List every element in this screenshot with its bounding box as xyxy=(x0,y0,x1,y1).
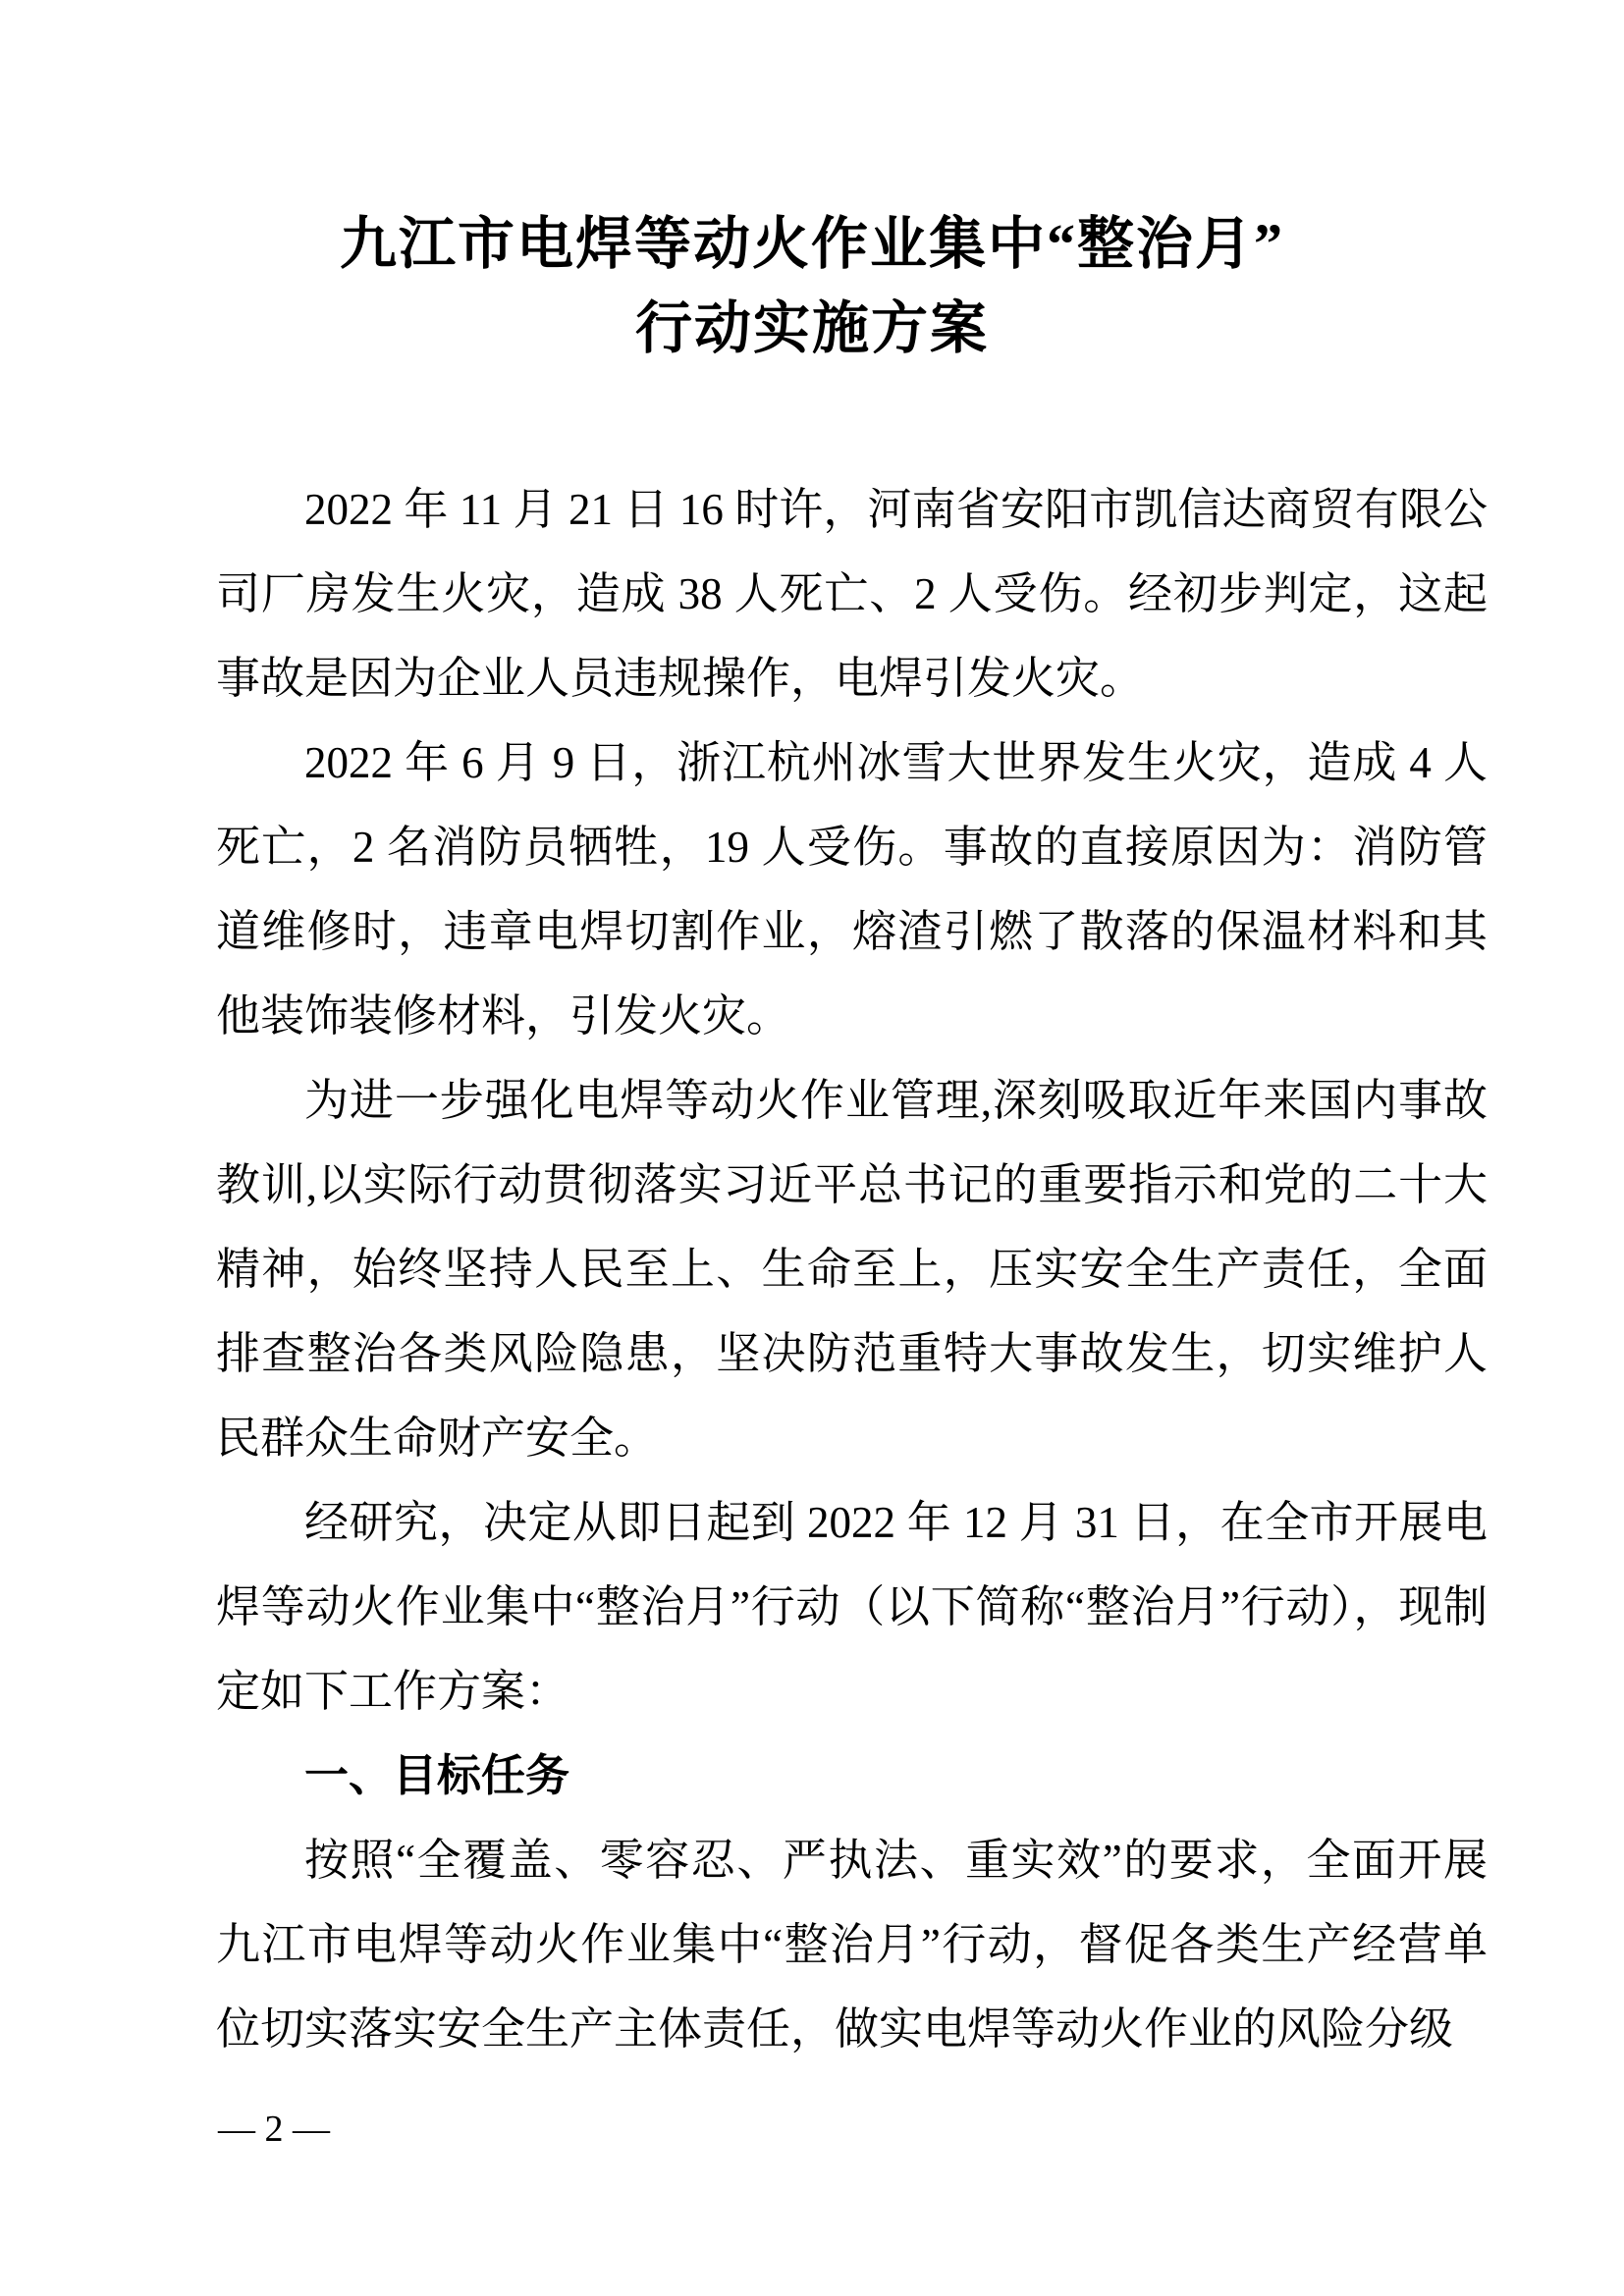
paragraph-goals-tasks-body: 按照“全覆盖、零容忍、严执法、重实效”的要求，全面开展九江市电焊等动火作业集中“… xyxy=(216,1818,1488,2071)
section-heading-goals-tasks: 一、目标任务 xyxy=(216,1734,1488,1818)
page-number: — 2 — xyxy=(218,2107,330,2152)
paragraph-anyang-fire: 2022 年 11 月 21 日 16 时许，河南省安阳市凯信达商贸有限公司厂房… xyxy=(216,467,1488,721)
paragraph-policy-background: 为进一步强化电焊等动火作业管理,深刻吸取近年来国内事故教训,以实际行动贯彻落实习… xyxy=(216,1058,1488,1480)
document-body: 2022 年 11 月 21 日 16 时许，河南省安阳市凯信达商贸有限公司厂房… xyxy=(0,467,1624,2071)
paragraph-campaign-decision: 经研究，决定从即日起到 2022 年 12 月 31 日，在全市开展电焊等动火作… xyxy=(216,1480,1488,1734)
document-title-line2: 行动实施方案 xyxy=(0,287,1624,371)
document-page: 九江市电焊等动火作业集中“整治月” 行动实施方案 2022 年 11 月 21 … xyxy=(0,0,1624,2296)
document-title-line1: 九江市电焊等动火作业集中“整治月” xyxy=(0,202,1624,287)
paragraph-hangzhou-fire: 2022 年 6 月 9 日，浙江杭州冰雪大世界发生火灾，造成 4 人死亡，2 … xyxy=(216,721,1488,1058)
document-title: 九江市电焊等动火作业集中“整治月” 行动实施方案 xyxy=(0,0,1624,371)
